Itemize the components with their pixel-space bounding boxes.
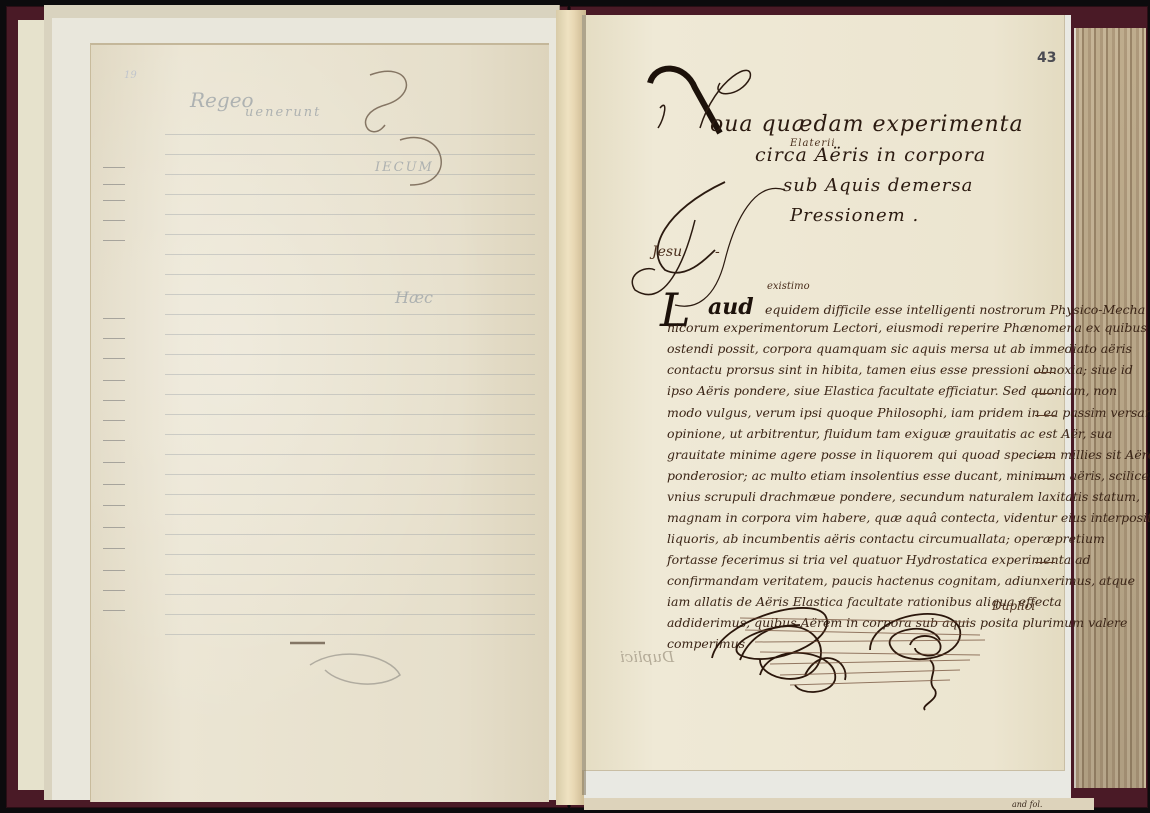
body-line: modo vulgus, verum ipsi quoque Philosoph… xyxy=(667,405,1150,420)
invocation-text: Jesu xyxy=(652,244,682,260)
body-interlinear: existimo xyxy=(767,281,810,292)
left-ghost-signature xyxy=(280,635,420,695)
body-line: fortasse fecerimus si tria vel quatuor H… xyxy=(667,552,1091,567)
line-end-dash xyxy=(1035,393,1055,394)
title-line-2: circa Aëris in corpora xyxy=(755,144,986,166)
invocation-flourish xyxy=(605,180,805,320)
folio-number: 43 xyxy=(1037,50,1056,66)
ghost-rule xyxy=(103,318,125,319)
body-line: magnam in corpora vim habere, quæ aquâ c… xyxy=(667,510,1150,525)
body-first-word: aud xyxy=(708,294,754,320)
ghost-rule xyxy=(103,184,125,185)
body-line: equidem difficile esse intelligenti nost… xyxy=(765,302,1145,317)
ghost-rule xyxy=(103,338,125,339)
line-end-dash xyxy=(1035,478,1055,479)
ghost-rule xyxy=(103,548,125,549)
ghost-rule xyxy=(103,380,125,381)
ghost-rule xyxy=(103,505,125,506)
ghost-rule xyxy=(103,240,125,241)
ghost-rule xyxy=(103,610,125,611)
body-line: vnius scrupuli drachmæue pondere, secund… xyxy=(667,489,1140,504)
ghost-rule xyxy=(103,590,125,591)
ghost-rule xyxy=(103,462,125,463)
line-end-dash xyxy=(1035,457,1055,458)
body-line: nicorum experimentorum Lectori, eiusmodi… xyxy=(667,320,1147,335)
left-folio-mark: 19 xyxy=(124,70,137,81)
ghost-rule xyxy=(103,484,125,485)
ghost-rule xyxy=(103,527,125,528)
ghost-rule xyxy=(103,220,125,221)
mirror-show-through: Duplici xyxy=(620,648,674,666)
ghost-rule xyxy=(103,358,125,359)
title-line-3: sub Aquis demersa xyxy=(783,175,973,196)
body-line: contactu prorsus sint in hibita, tamen e… xyxy=(667,362,1133,377)
body-line: ipso Aëris pondere, siue Elastica facult… xyxy=(667,383,1117,398)
ghost-rule xyxy=(103,167,125,168)
gutter-shadow xyxy=(582,15,586,795)
title-line-1: oua quædam experimenta xyxy=(710,112,1024,137)
line-end-dash xyxy=(1035,562,1055,563)
body-line: liquoris, ab incumbentis aëris contactu … xyxy=(667,531,1105,546)
body-line: grauitate minime agere posse in liquorem… xyxy=(667,447,1150,462)
invocation-dash: - xyxy=(715,244,720,260)
body-line: ponderosior; ac multo etiam insolentius … xyxy=(667,468,1150,483)
ghost-text-block xyxy=(165,120,535,640)
ghost-rule xyxy=(103,570,125,571)
ghost-rule xyxy=(103,200,125,201)
pen-flourish xyxy=(700,600,1030,720)
ghost-rule xyxy=(103,420,125,421)
title-line-4: Pressionem . xyxy=(790,205,919,226)
body-line: ostendi possit, corpora quamquam sic aqu… xyxy=(667,341,1132,356)
ghost-rule xyxy=(103,400,125,401)
line-end-dash xyxy=(1035,415,1055,416)
body-line: confirmandam veritatem, paucis hactenus … xyxy=(667,573,1135,588)
left-ghost-fragment-1: uenerunt xyxy=(245,105,321,120)
line-end-dash xyxy=(1035,372,1055,373)
ghost-rule xyxy=(103,440,125,441)
bottom-edge-note: and fol. xyxy=(1012,800,1042,809)
body-line: opinione, ut arbitrentur, fluidum tam ex… xyxy=(667,426,1112,441)
